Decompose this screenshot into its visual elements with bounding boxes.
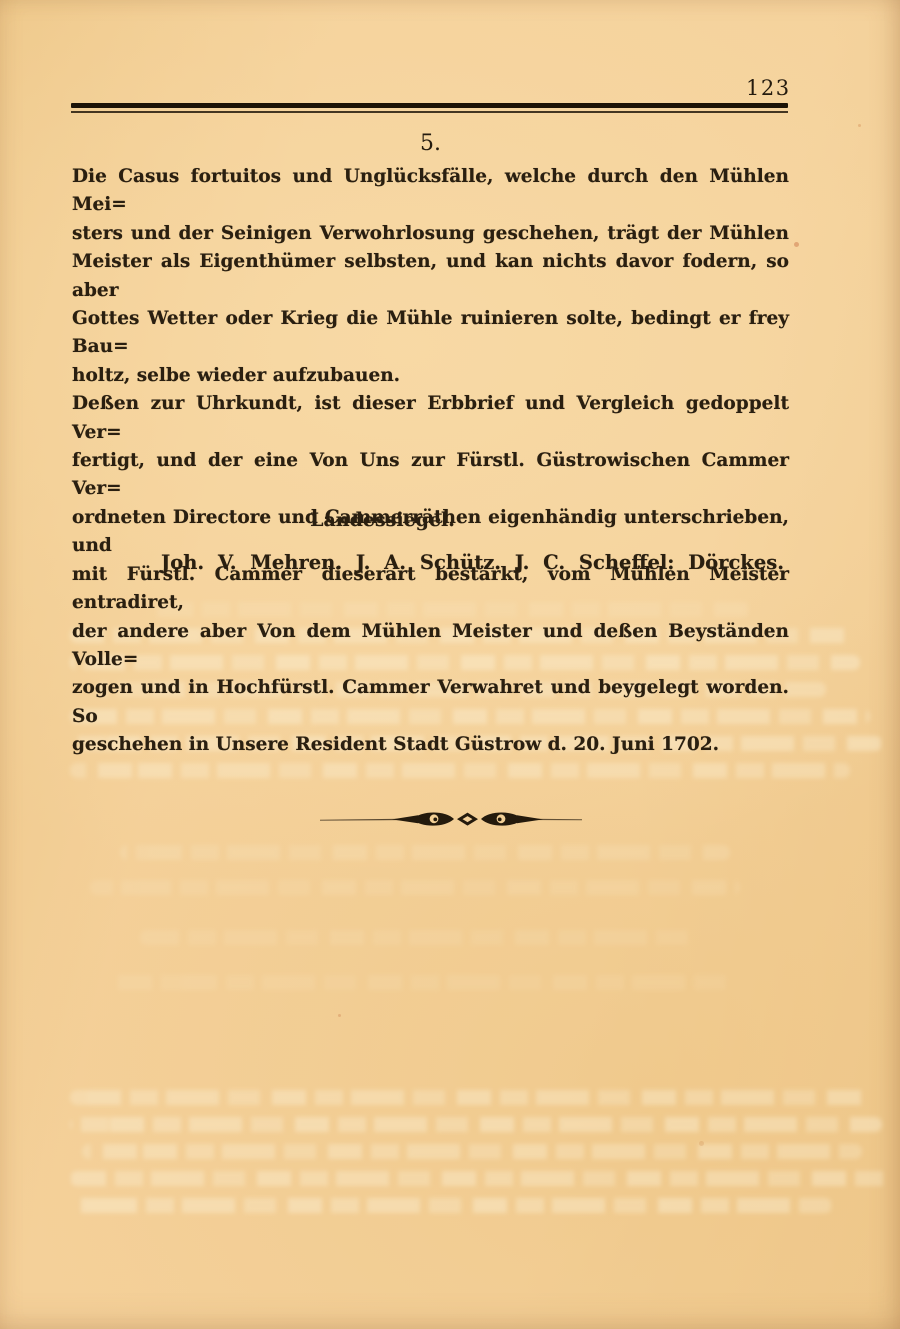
body-line: geschehen in Unsere Resident Stadt Güstr…: [72, 731, 789, 759]
bleedthrough-line: [110, 975, 730, 990]
bleedthrough-line: [70, 1198, 832, 1213]
bleedthrough-line: [70, 1171, 890, 1186]
bleedthrough-line: [120, 845, 730, 860]
body-line: sters und der Seinigen Verwohrlosung ges…: [72, 220, 789, 248]
body-line: fertigt, und der eine Von Uns zur Fürstl…: [72, 447, 789, 504]
bleedthrough-line: [82, 1144, 862, 1159]
body-line: Meister als Eigenthümer selbsten, und ka…: [72, 248, 789, 305]
bleedthrough-line: [90, 880, 740, 895]
bleedthrough-line: [70, 763, 850, 778]
seal-caption: Landessiegel.: [24, 509, 741, 531]
header-rule-thick-line: [71, 103, 788, 108]
document-body: Die Casus fortuitos und Unglücksfälle, w…: [72, 163, 789, 760]
header-rule: [71, 103, 788, 113]
bleedthrough-line: [70, 1117, 882, 1132]
body-line: holtz, selbe wieder aufzubauen.: [72, 362, 789, 390]
header-rule-thin-line: [71, 111, 788, 113]
body-line: der andere aber Von dem Mühlen Meister u…: [72, 618, 789, 675]
book-page-scan: 123 5. Die Casus fortuitos und Unglücksf…: [0, 0, 900, 1329]
section-number: 5.: [72, 131, 789, 156]
divider-ornament-icon: [318, 804, 584, 834]
body-line: Deßen zur Uhrkundt, ist dieser Erbbrief …: [72, 390, 789, 447]
body-line: Gottes Wetter oder Krieg die Mühle ruini…: [72, 305, 789, 362]
bleedthrough-line: [70, 1090, 870, 1105]
page-number: 123: [746, 76, 790, 100]
bleedthrough-line: [140, 930, 700, 945]
paper-specks: [0, 0, 3, 3]
body-line: zogen und in Hochfürstl. Cammer Verwahre…: [72, 674, 789, 731]
body-line: Die Casus fortuitos und Unglücksfälle, w…: [72, 163, 789, 220]
signature-line: Joh. V. Mehren. J. A. Schütz. J. C. Sche…: [114, 551, 831, 574]
